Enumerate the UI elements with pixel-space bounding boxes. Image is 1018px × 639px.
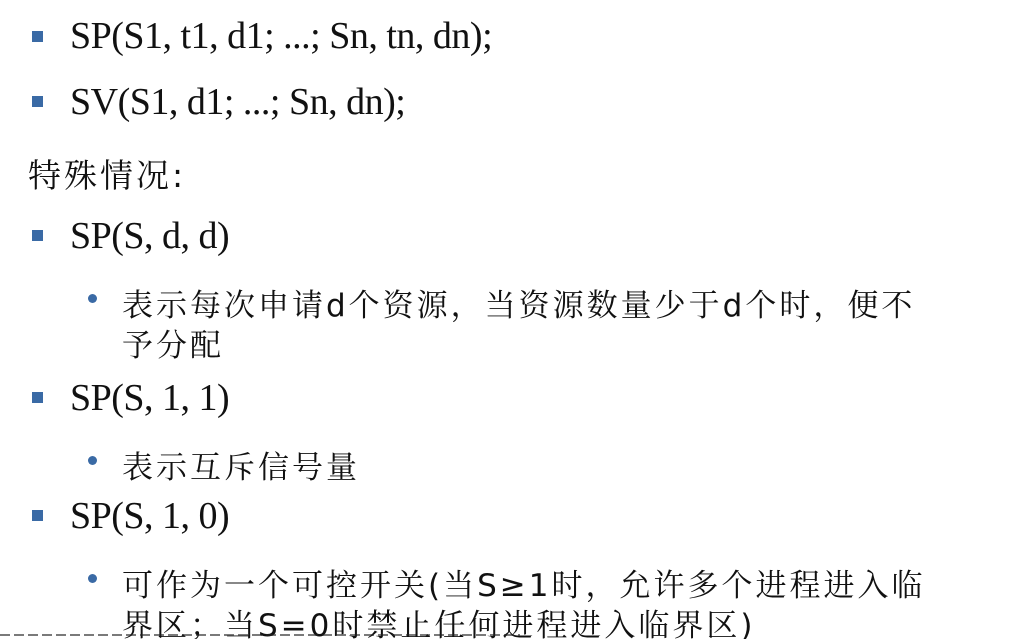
list-item-sp-general: SP(S1, t1, d1; ...; Sn, tn, dn); [70,14,492,58]
case-title-2: SP(S, 1, 1) [70,376,229,420]
square-bullet-icon [32,31,43,42]
square-bullet-icon [32,96,43,107]
list-item-sv-general: SV(S1, d1; ...; Sn, dn); [70,80,405,124]
round-bullet-icon [88,456,97,465]
section-heading: 特殊情况: [28,150,186,197]
round-bullet-icon [88,574,97,583]
case-desc-2-line1: 表示互斥信号量 [122,442,360,487]
square-bullet-icon [32,510,43,521]
square-bullet-icon [32,392,43,403]
case-desc-1-line2: 予分配 [122,320,224,365]
cutoff-text-strip [0,632,520,639]
case-title-1: SP(S, d, d) [70,214,229,258]
case-desc-3-line1: 可作为一个可控开关(当S≥1时，允许多个进程进入临 [122,560,925,605]
square-bullet-icon [32,230,43,241]
round-bullet-icon [88,294,97,303]
case-title-3: SP(S, 1, 0) [70,494,229,538]
case-desc-1-line1: 表示每次申请d个资源，当资源数量少于d个时，便不 [122,280,915,325]
